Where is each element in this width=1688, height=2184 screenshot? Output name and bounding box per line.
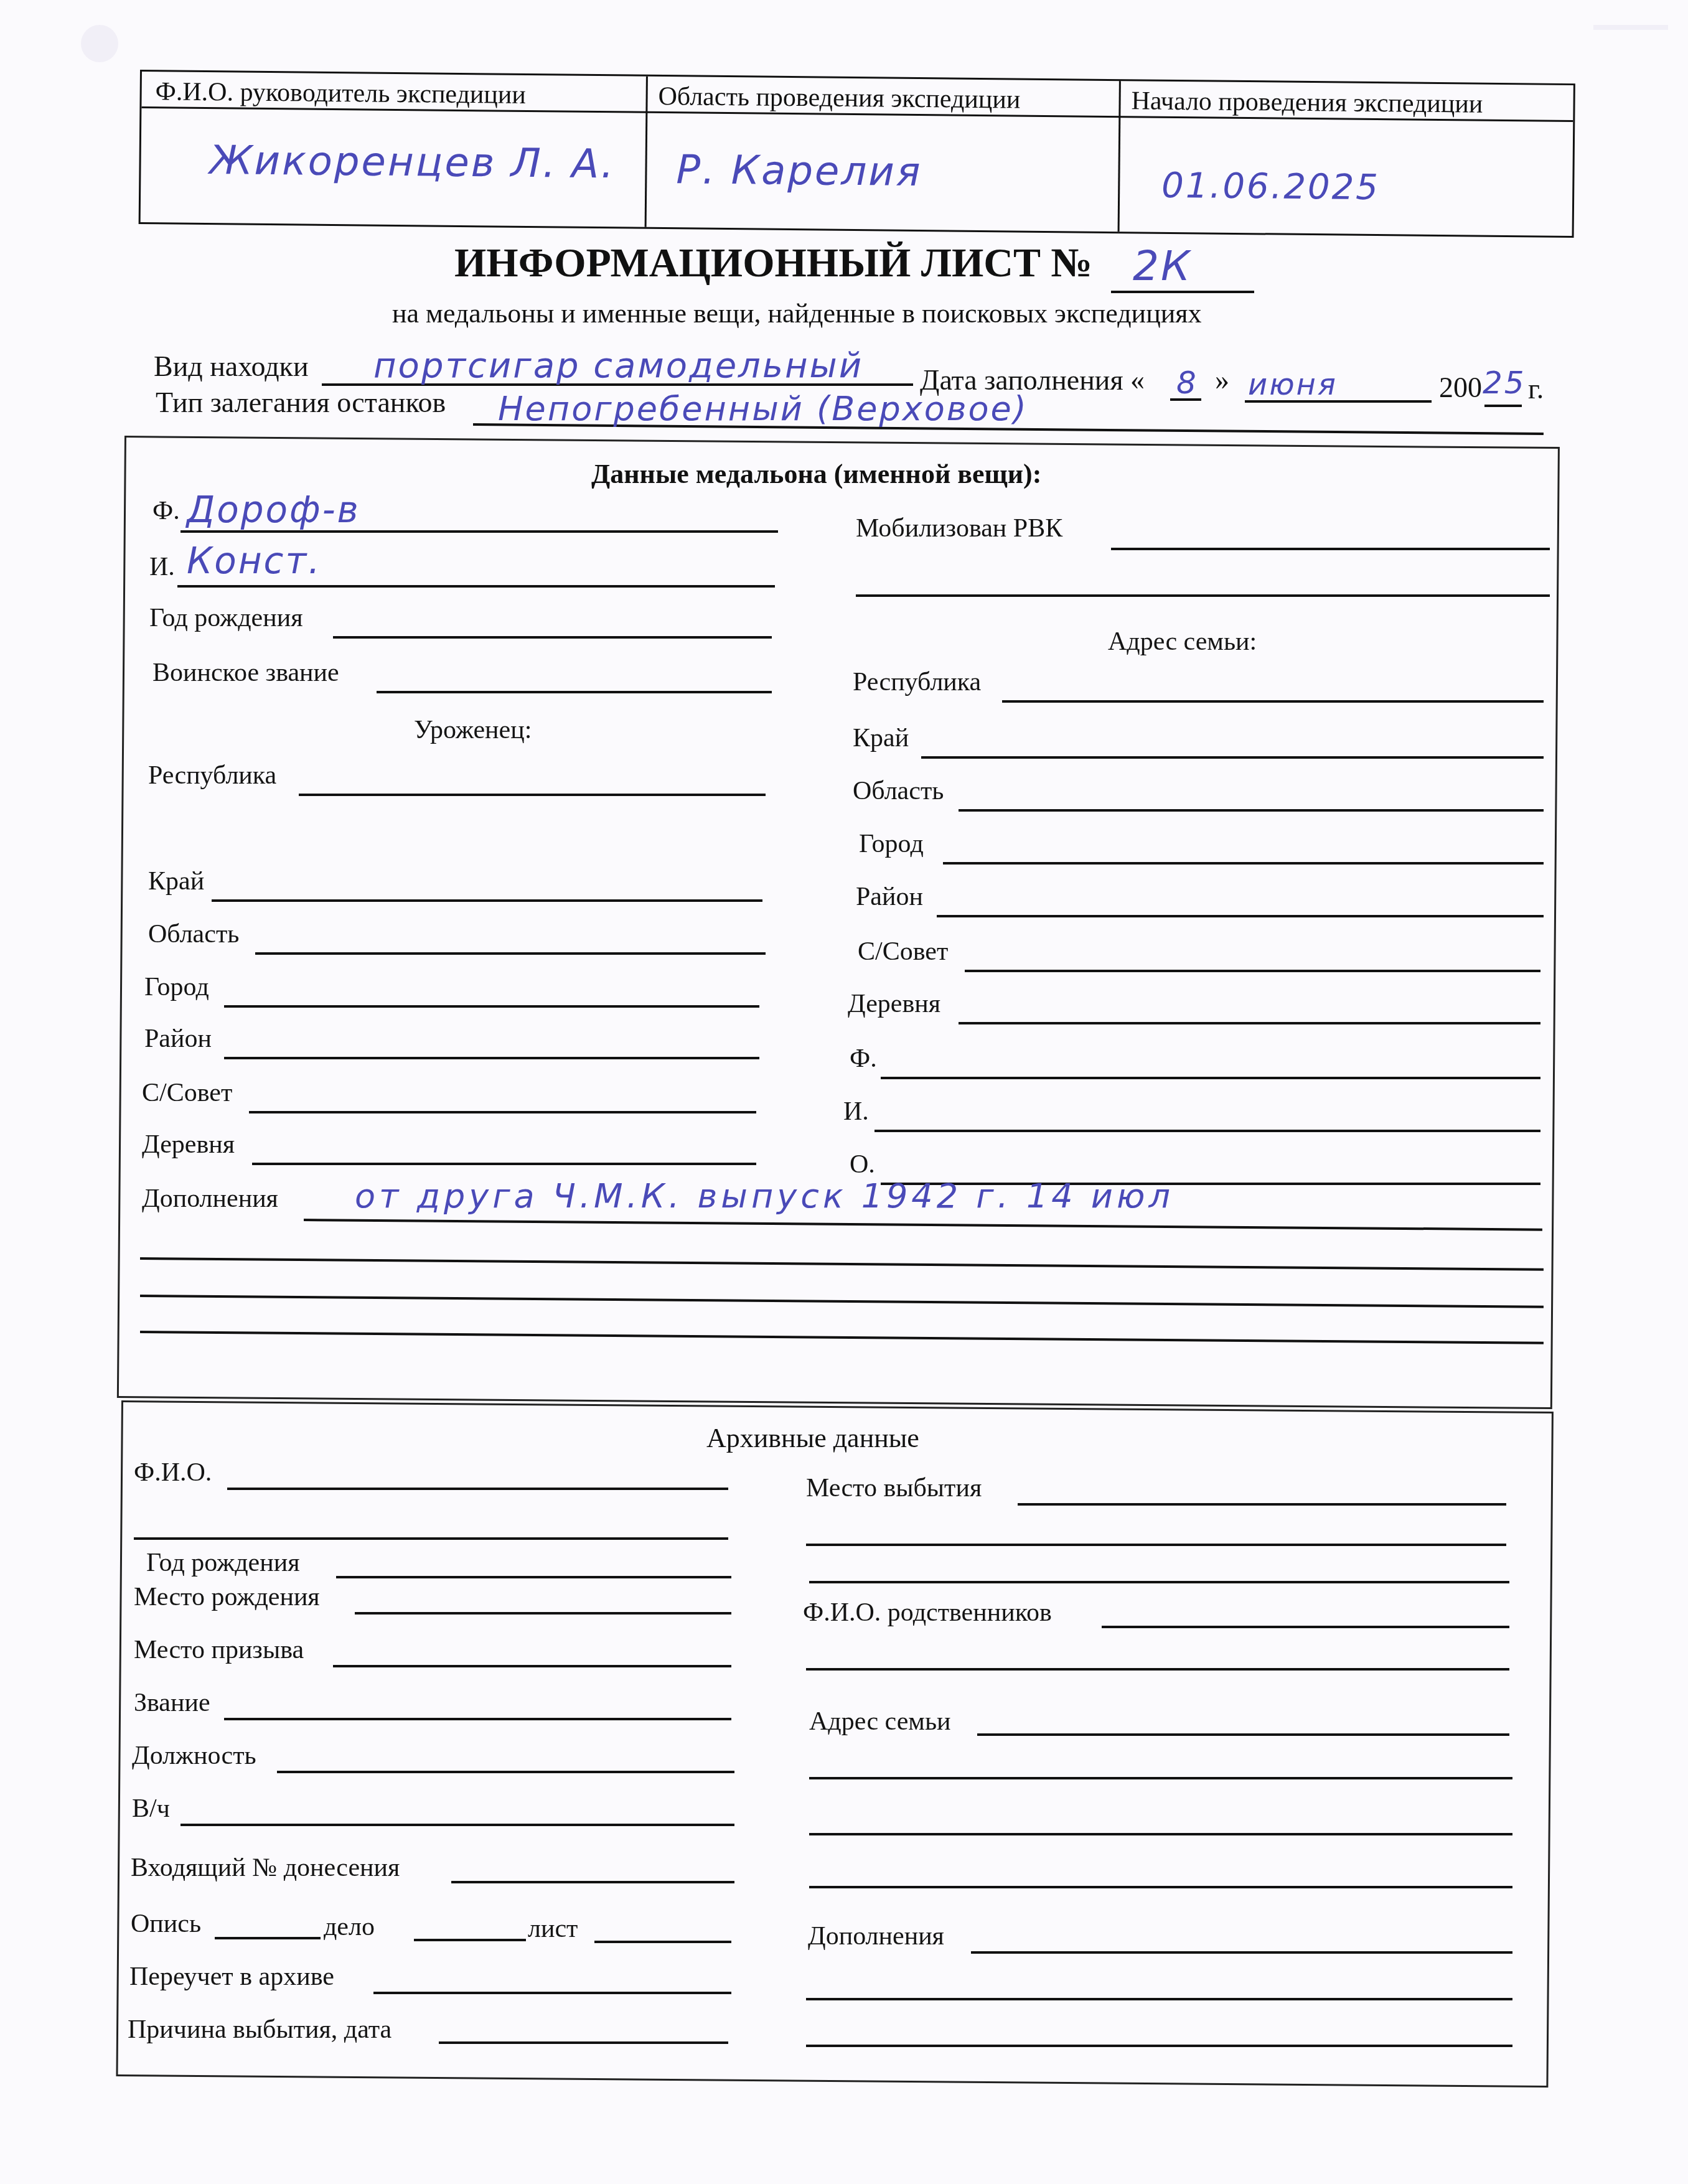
archive-report-no-line[interactable] (451, 1881, 734, 1883)
archive-section-title: Архивные данные (706, 1422, 919, 1454)
native-field-line[interactable] (249, 1111, 756, 1113)
fill-date-year-unit: г. (1528, 375, 1544, 403)
mobilized-line[interactable] (1111, 548, 1550, 550)
find-type-label: Вид находки (154, 352, 309, 381)
medallion-birth-year-label: Год рождения (149, 605, 303, 631)
archive-notes-line-2[interactable] (806, 1998, 1512, 2000)
family-field-label: Деревня (848, 991, 940, 1017)
family-field-line[interactable] (959, 809, 1544, 812)
archive-relatives-label: Ф.И.О. родственников (803, 1600, 1052, 1626)
sheet-number-line (1111, 291, 1254, 293)
header-region-label: Область проведения экспедиции (658, 82, 1020, 115)
archive-inventory-label: Опись (131, 1911, 201, 1937)
archive-departure-place-label: Место выбытия (806, 1475, 982, 1501)
sheet-number-value[interactable]: 2К (1133, 246, 1192, 287)
archive-family-address-label: Адрес семьи (809, 1708, 951, 1735)
scan-artifact (1593, 25, 1668, 30)
native-field-label: Деревня (142, 1132, 235, 1158)
archive-birth-year-line[interactable] (336, 1576, 731, 1578)
archive-sheet-label: лист (528, 1916, 578, 1942)
archive-fio-line[interactable] (227, 1488, 728, 1490)
archive-sheet-line[interactable] (594, 1941, 731, 1943)
archive-position-label: Должность (132, 1743, 256, 1769)
family-field-line[interactable] (921, 756, 1544, 759)
native-field-line[interactable] (252, 1163, 756, 1165)
archive-notes-line-3[interactable] (806, 2045, 1512, 2047)
family-address-title: Адрес семьи: (1108, 629, 1257, 655)
archive-relatives-line-2[interactable] (806, 1668, 1509, 1671)
burial-type-label: Тип залегания останков (156, 388, 446, 417)
archive-fio-label: Ф.И.О. (134, 1460, 212, 1486)
family-field-label: И. (843, 1099, 869, 1125)
family-field-line[interactable] (959, 1022, 1540, 1024)
archive-rank-label: Звание (134, 1690, 210, 1716)
fill-date-month-value[interactable]: июня (1248, 370, 1338, 400)
medallion-name-line (177, 585, 775, 588)
archive-rank-line[interactable] (224, 1718, 731, 1720)
archive-notes-label: Дополнения (808, 1923, 944, 1949)
fill-date-day-value[interactable]: 8 (1176, 367, 1198, 398)
fill-date-separator: » (1215, 366, 1229, 395)
scan-artifact (81, 25, 118, 62)
family-field-line[interactable] (937, 915, 1544, 917)
archive-fio-line-2[interactable] (134, 1537, 728, 1540)
native-field-label: Район (144, 1026, 212, 1052)
archive-birth-place-label: Место рождения (134, 1584, 320, 1610)
native-field-line[interactable] (299, 794, 766, 796)
table-column-divider (1118, 81, 1121, 232)
archive-notes-line[interactable] (971, 1951, 1512, 1954)
medallion-surname-label: Ф. (152, 498, 180, 524)
expedition-header-table: Ф.И.О. руководитель экспедиции Область п… (139, 70, 1575, 238)
family-field-label: Ф. (850, 1046, 877, 1072)
archive-extra-line[interactable] (809, 1581, 1509, 1583)
mobilized-label: Мобилизован РВК (856, 515, 1062, 541)
archive-departure-place-line[interactable] (1018, 1503, 1506, 1506)
family-field-label: Республика (853, 669, 981, 695)
medallion-rank-label: Воинское звание (152, 660, 339, 686)
burial-type-value[interactable]: Непогребенный (Верховое) (498, 392, 1028, 426)
archive-position-line[interactable] (277, 1771, 734, 1773)
fill-date-year-line (1484, 405, 1522, 407)
family-field-line[interactable] (874, 1130, 1540, 1132)
family-field-line[interactable] (1002, 700, 1544, 703)
archive-family-address-line-3[interactable] (809, 1833, 1512, 1835)
archive-draft-place-line[interactable] (333, 1665, 731, 1667)
start-date-value[interactable]: 01.06.2025 (1161, 169, 1380, 205)
page-title-text: ИНФОРМАЦИОННЫЙ ЛИСТ № (454, 240, 1092, 286)
archive-birth-place-line[interactable] (355, 1612, 731, 1615)
header-leader-label: Ф.И.О. руководитель экспедиции (155, 77, 526, 110)
family-field-label: Область (853, 778, 944, 804)
family-field-label: Край (853, 725, 909, 751)
archive-unit-label: В/ч (132, 1796, 170, 1822)
region-value[interactable]: Р. Карелия (676, 150, 922, 192)
archive-report-no-label: Входящий № донесения (131, 1855, 400, 1881)
archive-departure-place-line-2[interactable] (806, 1544, 1506, 1546)
archive-reason-line[interactable] (439, 2041, 728, 2044)
medallion-section-title: Данные медальона (именной вещи): (591, 458, 1041, 490)
family-field-label: О. (850, 1151, 875, 1178)
archive-family-address-line[interactable] (977, 1733, 1509, 1736)
family-field-label: Город (859, 831, 924, 857)
archive-family-address-line-4[interactable] (809, 1886, 1512, 1888)
archive-case-label: дело (324, 1914, 375, 1940)
find-type-value[interactable]: портсигар самодельный (373, 349, 863, 383)
leader-name-value[interactable]: Жикоренцев Л. А. (209, 141, 616, 184)
native-field-line[interactable] (255, 952, 766, 955)
family-field-line[interactable] (943, 862, 1544, 865)
archive-recount-line[interactable] (373, 1992, 731, 1994)
archive-inventory-line[interactable] (215, 1937, 321, 1939)
archive-draft-place-label: Место призыва (134, 1637, 304, 1663)
family-field-line[interactable] (881, 1077, 1540, 1079)
archive-reason-label: Причина выбытия, дата (128, 2017, 392, 2043)
native-field-line[interactable] (212, 899, 762, 902)
archive-family-address-line-2[interactable] (809, 1777, 1512, 1779)
archive-case-line[interactable] (414, 1939, 526, 1941)
native-field-label: Город (144, 974, 209, 1000)
medallion-birth-year-line[interactable] (333, 636, 772, 639)
family-field-line[interactable] (965, 970, 1540, 972)
medallion-name-label: И. (149, 554, 175, 580)
native-field-label: Область (148, 921, 239, 947)
family-field-label: С/Совет (858, 939, 948, 965)
fill-date-year-value[interactable]: 25 (1483, 367, 1526, 398)
medallion-surname-value[interactable]: Дороф-в (187, 492, 360, 528)
medallion-name-value[interactable]: Конст. (187, 543, 322, 579)
archive-relatives-line[interactable] (1102, 1626, 1509, 1628)
page-subtitle: на медальоны и именные вещи, найденные в… (392, 298, 1202, 329)
header-start-label: Начало проведения экспедиции (1131, 86, 1483, 119)
archive-recount-label: Переучет в архиве (129, 1964, 334, 1990)
native-field-line[interactable] (224, 1057, 759, 1059)
medallion-notes-label: Дополнения (142, 1186, 278, 1212)
table-column-divider (645, 77, 648, 227)
archive-unit-line[interactable] (181, 1824, 734, 1826)
native-field-label: С/Совет (142, 1080, 232, 1106)
medallion-rank-line[interactable] (377, 691, 772, 693)
native-field-label: Край (148, 868, 204, 894)
native-section-title: Уроженец: (414, 717, 532, 743)
medallion-notes-value[interactable]: от друга Ч.М.К. выпуск 1942 г. 14 июл (355, 1179, 1174, 1213)
fill-date-year-prefix: 200 (1439, 373, 1482, 402)
mobilized-line-2[interactable] (856, 594, 1550, 597)
native-field-label: Республика (148, 762, 276, 789)
archive-birth-year-label: Год рождения (146, 1550, 300, 1576)
native-field-line[interactable] (224, 1005, 759, 1008)
page-title: ИНФОРМАЦИОННЫЙ ЛИСТ № (454, 240, 1092, 287)
family-field-label: Район (856, 884, 923, 910)
